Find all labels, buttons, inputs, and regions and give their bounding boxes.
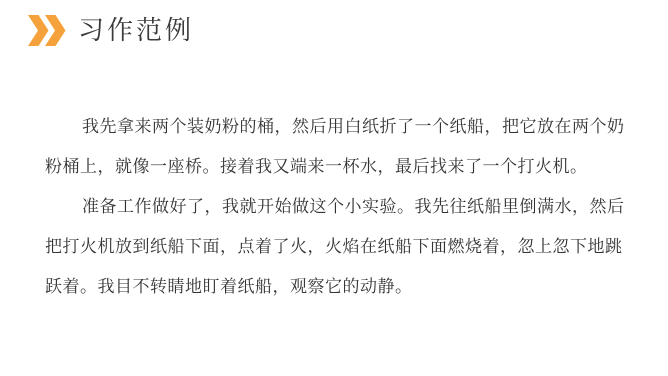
body-text-line: 粉桶上，就像一座桥。接着我又端来一杯水，最后找来了一个打火机。	[45, 147, 645, 187]
body-text-line: 我先拿来两个装奶粉的桶，然后用白纸折了一个纸船，把它放在两个奶	[45, 107, 645, 147]
presentation-slide: 习作范例 我先拿来两个装奶粉的桶，然后用白纸折了一个纸船，把它放在两个奶 粉桶上…	[0, 0, 668, 376]
slide-title: 习作范例	[78, 14, 194, 46]
body-text-line: 准备工作做好了，我就开始做这个小实验。我先往纸船里倒满水，然后	[45, 187, 645, 227]
double-chevron-right-icon	[28, 15, 66, 46]
body-text-line: 跃着。我目不转睛地盯着纸船，观察它的动静。	[45, 267, 645, 307]
body-text-block: 我先拿来两个装奶粉的桶，然后用白纸折了一个纸船，把它放在两个奶 粉桶上，就像一座…	[45, 107, 645, 307]
body-text-line: 把打火机放到纸船下面，点着了火，火焰在纸船下面燃烧着，忽上忽下地跳	[45, 227, 645, 267]
slide-header: 习作范例	[28, 14, 194, 46]
